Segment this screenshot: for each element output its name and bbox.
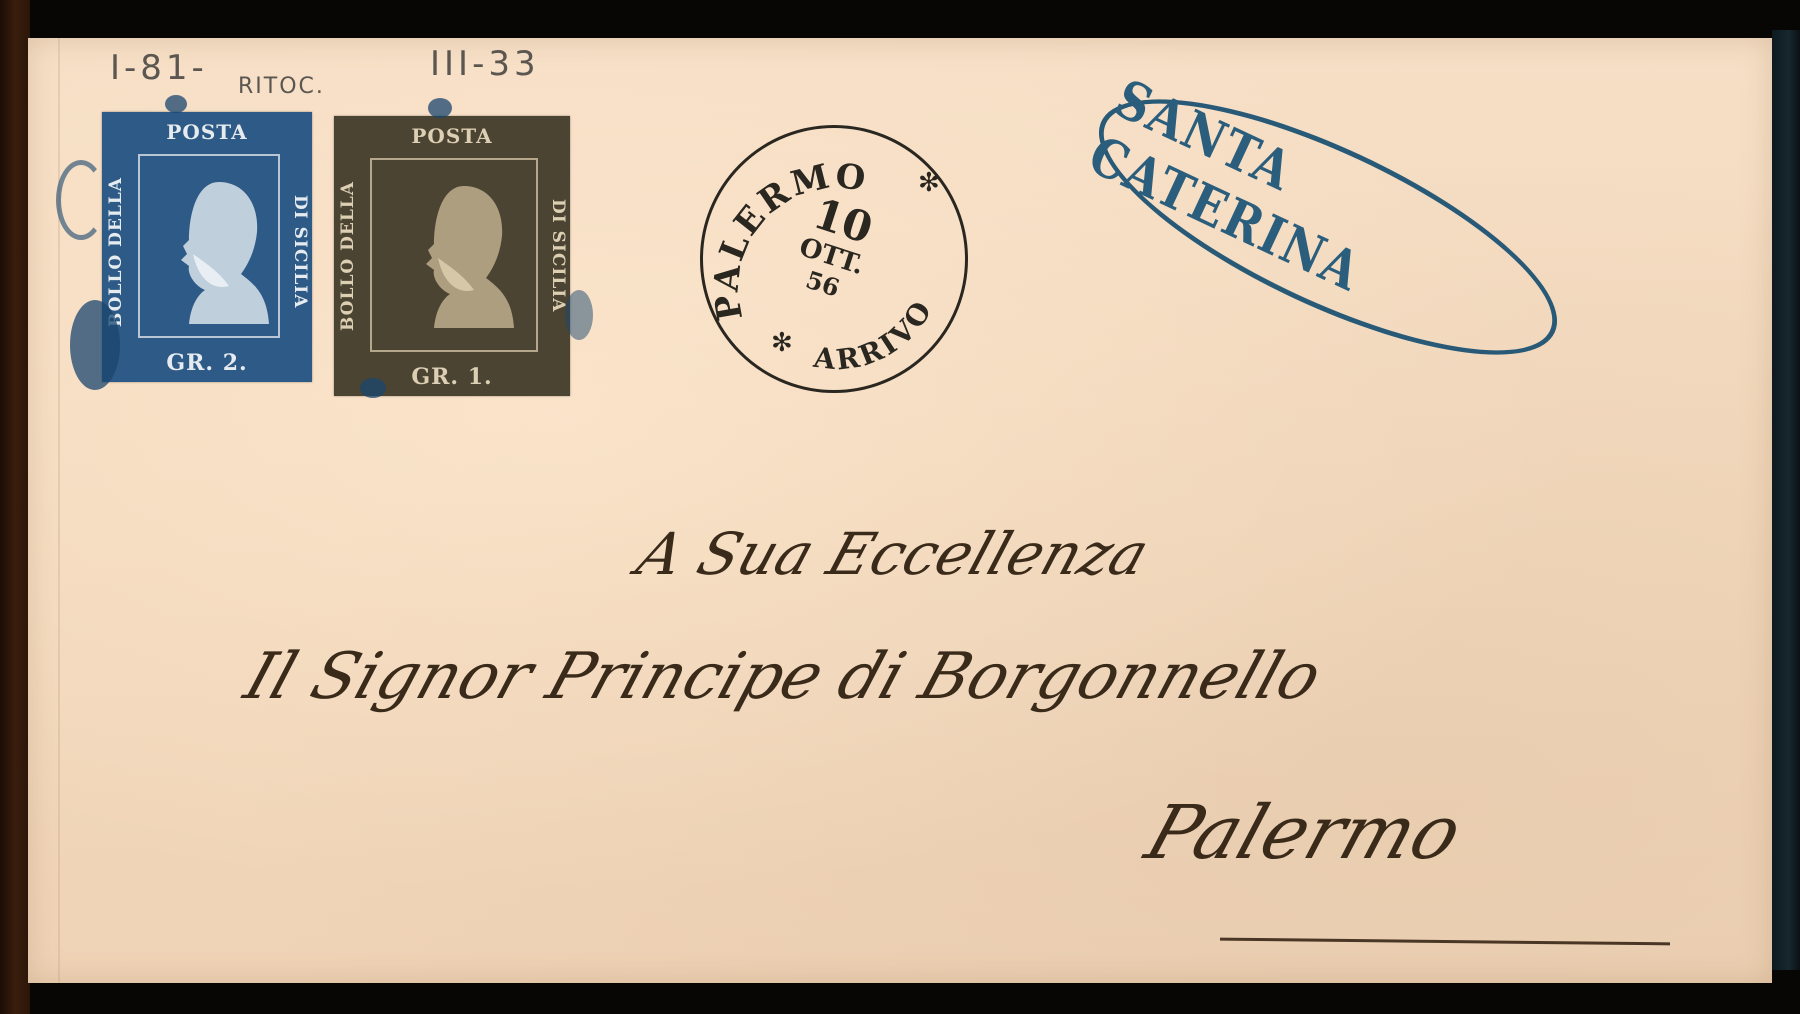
stamp-1-grano-brown: POSTA BOLLO DELLA DI SICILIA GR. 1.: [334, 116, 570, 396]
address-line-3-city: Palermo: [1136, 790, 1472, 876]
cancellation-blot: [360, 378, 386, 398]
stamp-left-text: BOLLO DELLA: [338, 171, 368, 341]
stamp-top-text: POSTA: [334, 124, 570, 148]
stamp-2-grana-blue: POSTA BOLLO DELLA DI SICILIA GR. 2.: [102, 112, 312, 382]
stamp-right-text: DI SICILIA: [280, 167, 310, 337]
pencil-note-catalog-2: III-33: [430, 44, 540, 84]
king-portrait-icon: [159, 174, 269, 324]
background-right-edge: [1772, 30, 1800, 970]
pencil-note-ritocco: RITOC.: [238, 74, 325, 99]
stamp-top-text: POSTA: [102, 120, 312, 144]
stamp-value-text: GR. 2.: [102, 350, 312, 376]
star-ornament-icon: ✻: [771, 328, 793, 358]
cancellation-arc: [56, 160, 106, 240]
cancellation-blot: [165, 95, 187, 113]
address-line-2: Il Signor Principe di Borgonnello: [236, 640, 1330, 714]
cancellation-blot: [428, 98, 452, 118]
background-left-edge: [0, 0, 30, 1014]
palermo-postmark: PALERMO ARRIVO PALERMO ARRIVO ✻ ✻ 10 OTT…: [700, 125, 968, 393]
cancellation-blot: [70, 300, 120, 390]
stamp-right-text: DI SICILIA: [538, 171, 568, 341]
cancellation-blot: [565, 290, 593, 340]
address-line-1: A Sua Eccellenza: [629, 520, 1157, 588]
pencil-note-catalog-1: I-81-: [110, 48, 208, 88]
star-ornament-icon: ✻: [918, 168, 940, 198]
king-portrait-icon: [404, 178, 514, 328]
